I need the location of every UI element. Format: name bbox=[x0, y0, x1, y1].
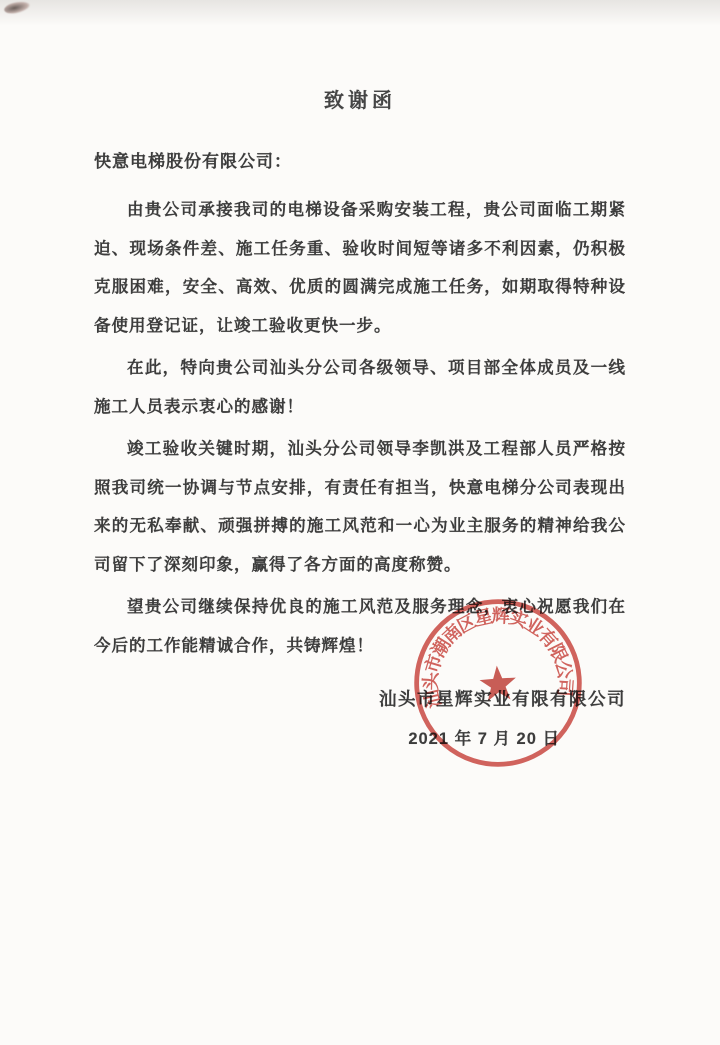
salutation: 快意电梯股份有限公司： bbox=[94, 143, 626, 181]
signature-company-name: 汕头市星辉实业有限有限公司 bbox=[94, 679, 626, 719]
signature-date: 2021 年 7 月 20 日 bbox=[94, 719, 560, 759]
signature-block: 汕头市星辉实业有限有限公司 2021 年 7 月 20 日 bbox=[94, 679, 626, 759]
paragraph-4: 望贵公司继续保持优良的施工风范及服务理念，衷心祝愿我们在今后的工作能精诚合作，共… bbox=[94, 588, 626, 665]
paragraph-1: 由贵公司承接我司的电梯设备采购安装工程，贵公司面临工期紧迫、现场条件差、施工任务… bbox=[94, 191, 626, 345]
paragraph-3: 竣工验收关键时期，汕头分公司领导李凯洪及工程部人员严格按照我司统一协调与节点安排… bbox=[94, 430, 626, 584]
paragraph-2: 在此，特向贵公司汕头分公司各级领导、项目部全体成员及一线施工人员表示衷心的感谢！ bbox=[94, 349, 626, 426]
letter-title: 致谢函 bbox=[94, 84, 626, 113]
letter-body: 致谢函 快意电梯股份有限公司： 由贵公司承接我司的电梯设备采购安装工程，贵公司面… bbox=[0, 0, 720, 759]
scanned-letter-page: 致谢函 快意电梯股份有限公司： 由贵公司承接我司的电梯设备采购安装工程，贵公司面… bbox=[0, 0, 720, 1045]
